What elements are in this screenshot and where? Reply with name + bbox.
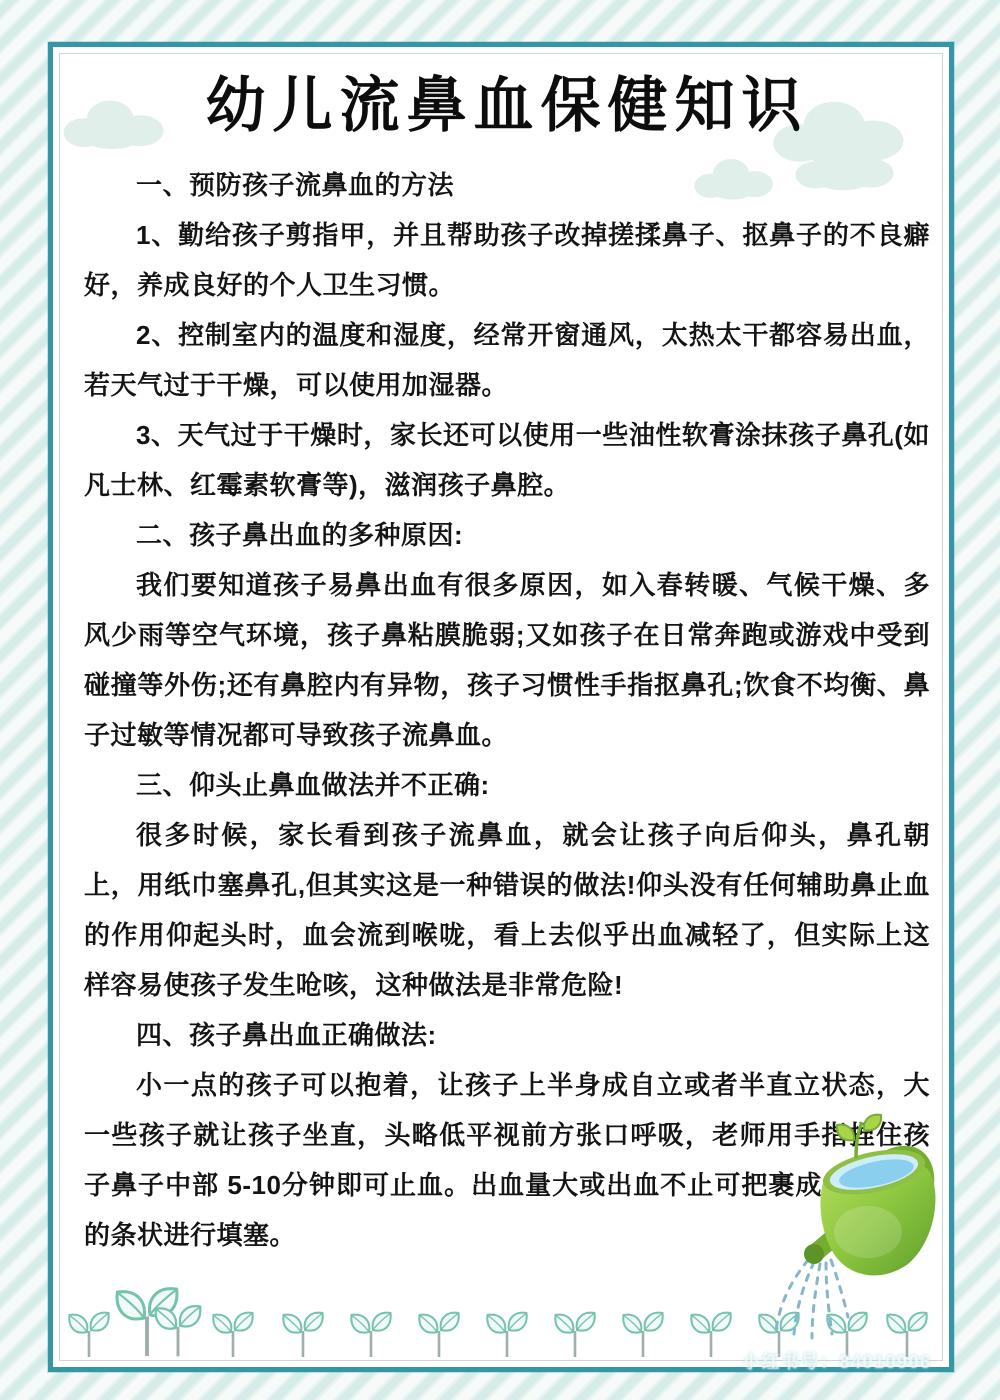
section-heading: 四、孩子鼻出血正确做法: [84,1010,930,1060]
sprout-icon [152,1297,204,1359]
sprout-icon [66,1305,112,1359]
sprout-icon [210,1305,256,1359]
paragraph: 1、勤给孩子剪指甲，并且帮助孩子改掉搓揉鼻子、抠鼻子的不良癖好，养成良好的个人卫… [84,210,930,310]
sprout-icon [280,1305,326,1359]
paragraph: 2、控制室内的温度和湿度，经常开窗通风，太热太干都容易出血，若天气过于干燥，可以… [84,310,930,410]
sprout-icon [552,1305,598,1359]
paragraph: 3、天气过于干燥时，家长还可以使用一些油性软膏涂抹孩子鼻孔(如凡士林、红霉素软膏… [84,410,930,510]
watermark-text: 小红书号：84010906 [742,1348,972,1374]
paragraph: 很多时候，家长看到孩子流鼻血，就会让孩子向后仰头，鼻孔朝上，用纸巾塞鼻孔,但其实… [84,810,930,1010]
section-heading: 三、仰头止鼻血做法并不正确: [84,760,930,810]
page-title: 幼儿流鼻血保健知识 [84,64,930,148]
sprout-icon [348,1305,394,1359]
section-heading: 一、预防孩子流鼻血的方法 [84,160,930,210]
paragraph: 我们要知道孩子易鼻出血有很多原因，如入春转暖、气候干燥、多风少雨等空气环境，孩子… [84,560,930,760]
sprout-icon [416,1305,462,1359]
sprout-icon [620,1305,666,1359]
watering-can-icon [768,1112,948,1347]
poster-content: 幼儿流鼻血保健知识 一、预防孩子流鼻血的方法 1、勤给孩子剪指甲，并且帮助孩子改… [84,58,930,1260]
section-heading: 二、孩子鼻出血的多种原因: [84,510,930,560]
poster-background: { "document": { "title": "幼儿流鼻血保健知识", "s… [0,0,1000,1400]
sprout-icon [484,1305,530,1359]
sprout-icon [688,1305,734,1359]
